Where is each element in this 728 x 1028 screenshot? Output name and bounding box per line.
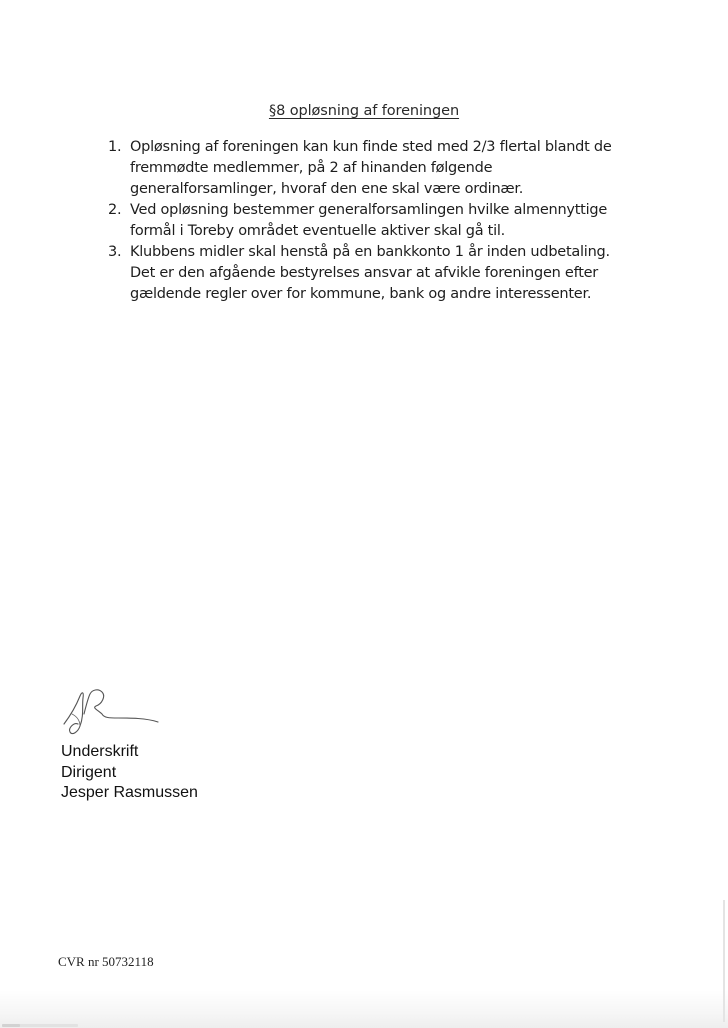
list-item-line: generalforsamlinger, hvoraf den ene skal… (130, 179, 668, 200)
vertical-scrollbar[interactable] (723, 900, 725, 1022)
list-item-number: 2. (108, 200, 121, 221)
signatory-name: Jesper Rasmussen (61, 783, 198, 804)
handwritten-signature (58, 686, 168, 744)
provisions-list: 1. Opløsning af foreningen kan kun finde… (108, 137, 668, 305)
list-item-line: formål i Toreby området eventuelle aktiv… (130, 221, 668, 242)
document-page: §8 opløsning af foreningen 1. Opløsning … (0, 0, 728, 1028)
section-title: §8 opløsning af foreningen (0, 103, 728, 119)
list-item-line: fremmødte medlemmer, på 2 af hinanden fø… (130, 158, 668, 179)
list-item-line: Opløsning af foreningen kan kun finde st… (130, 137, 668, 158)
signatory-role: Dirigent (61, 763, 198, 784)
list-item-line: Det er den afgående bestyrelses ansvar a… (130, 263, 668, 284)
list-item-line: gældende regler over for kommune, bank o… (130, 284, 668, 305)
signature-caption: Underskrift (61, 742, 198, 763)
list-item: 2. Ved opløsning bestemmer generalforsam… (108, 200, 668, 242)
list-item-line: Klubbens midler skal henstå på en bankko… (130, 242, 668, 263)
list-item-line: Ved opløsning bestemmer generalforsamlin… (130, 200, 668, 221)
signature-block: Underskrift Dirigent Jesper Rasmussen (61, 742, 198, 804)
list-item: 3. Klubbens midler skal henstå på en ban… (108, 242, 668, 305)
viewer-bottom-bar (0, 990, 728, 1028)
list-item-number: 1. (108, 137, 121, 158)
cvr-number: CVR nr 50732118 (58, 954, 154, 970)
list-item-number: 3. (108, 242, 121, 263)
list-item: 1. Opløsning af foreningen kan kun finde… (108, 137, 668, 200)
horizontal-scrollbar-thumb[interactable] (2, 1024, 20, 1027)
